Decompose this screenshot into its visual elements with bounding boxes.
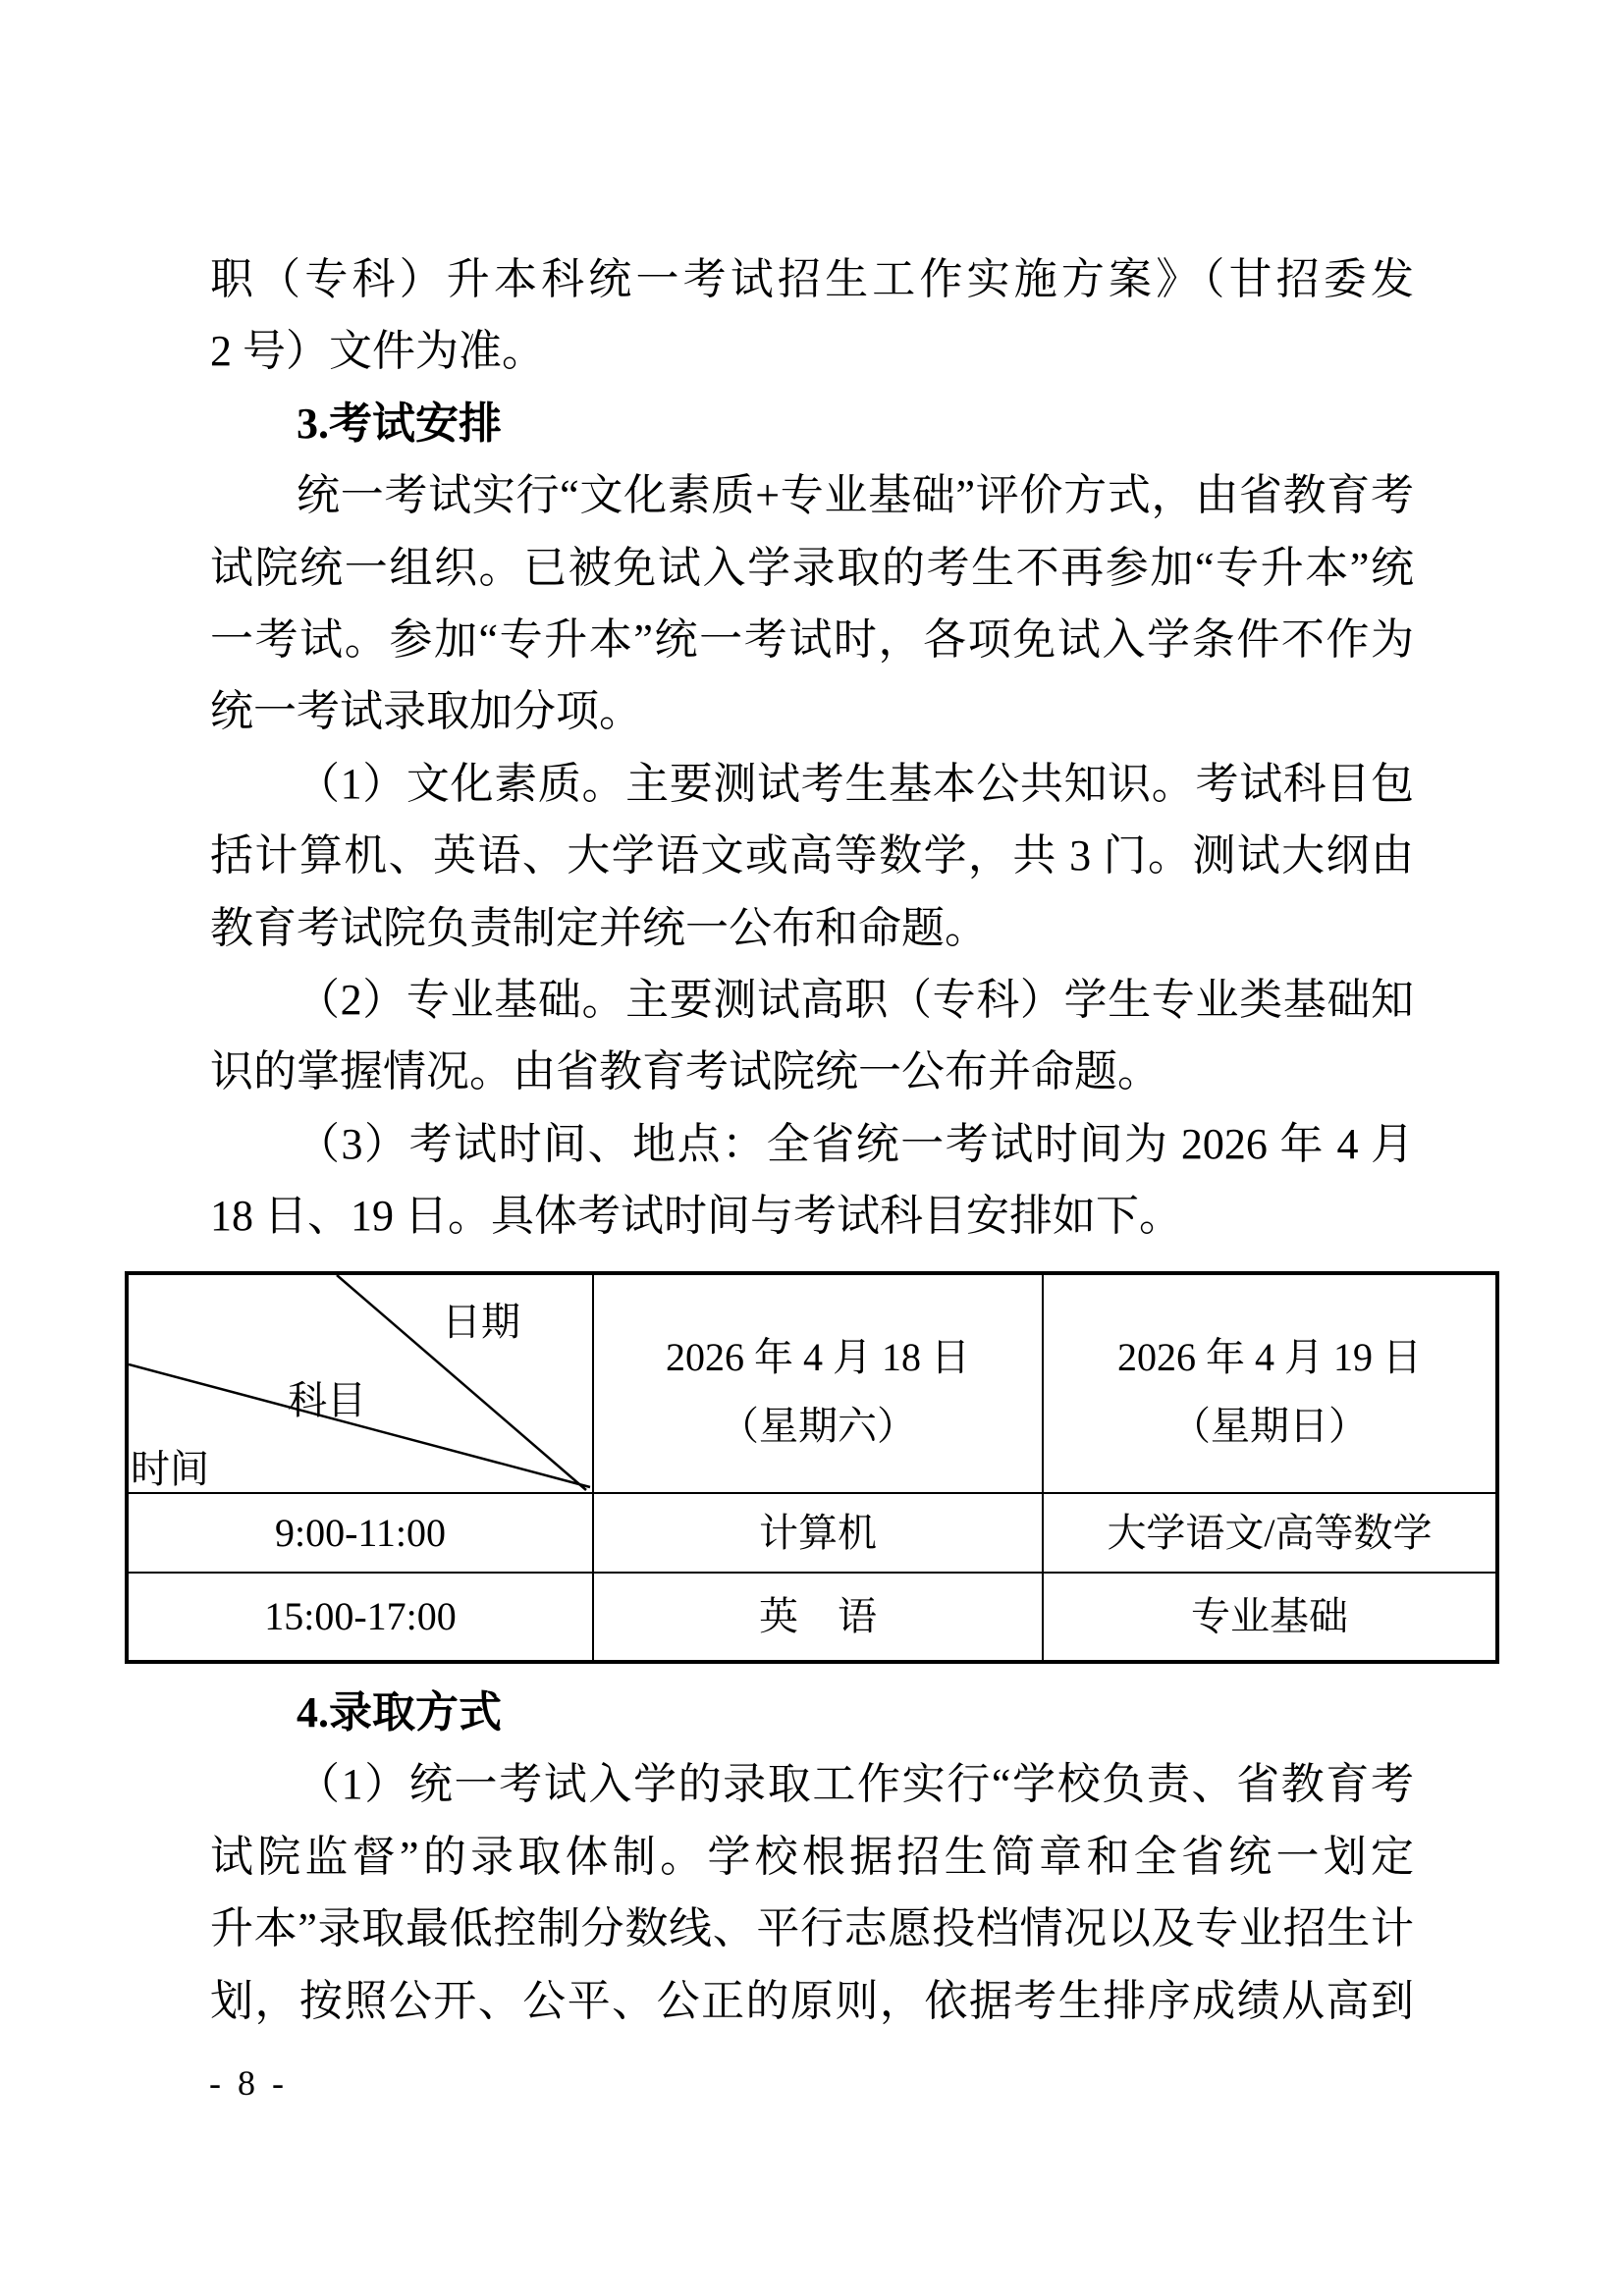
sunday-date-text: 2026 年 4 月 19 日: [1117, 1338, 1422, 1377]
doc-line-14: 18 日、19 日。具体考试时间与考试科目安排如下。: [210, 1180, 1414, 1252]
row2-time-cell: 15:00-17:00: [129, 1574, 594, 1660]
row1-sunday-cell: 大学语文/高等数学: [1044, 1494, 1495, 1574]
doc-line-9: 括计算机、英语、大学语文或高等数学，共 3 门。测试大纲由省: [210, 820, 1414, 891]
corner-date-label: 日期: [442, 1303, 520, 1342]
doc-line-10: 教育考试院负责制定并统一公布和命题。: [210, 892, 1414, 964]
doc-line-16: （1）统一考试入学的录取工作实行“学校负责、省教育考: [210, 1748, 1414, 1820]
doc-line-8: （1）文化素质。主要测试考生基本公共知识。考试科目包: [210, 748, 1414, 820]
doc-line-4: 统一考试实行“文化素质+专业基础”评价方式，由省教育考: [210, 459, 1414, 531]
header-cell-saturday: 2026 年 4 月 18 日 （星期六）: [594, 1275, 1044, 1494]
doc-line-17: 试院监督”的录取体制。学校根据招生简章和全省统一划定的“专: [210, 1821, 1414, 1893]
doc-line-13: （3）考试时间、地点：全省统一考试时间为 2026 年 4 月: [210, 1108, 1414, 1180]
corner-header-cell: 日期 科目 时间: [129, 1275, 594, 1494]
sunday-weekday-text: （星期日）: [1171, 1407, 1368, 1446]
saturday-date-text: 2026 年 4 月 18 日: [666, 1338, 970, 1377]
lower-text-block: 4.录取方式 （1）统一考试入学的录取工作实行“学校负责、省教育考 试院监督”的…: [210, 1677, 1414, 2037]
row2-sunday-cell: 专业基础: [1044, 1574, 1495, 1660]
doc-line-19: 划，按照公开、公平、公正的原则，依据考生排序成绩从高到低: [210, 1965, 1414, 2037]
corner-subject-label: 科目: [288, 1381, 366, 1420]
row2-saturday-cell: 英 语: [594, 1574, 1044, 1660]
doc-line-11: （2）专业基础。主要测试高职（专科）学生专业类基础知: [210, 964, 1414, 1036]
row1-saturday-cell: 计算机: [594, 1494, 1044, 1574]
corner-time-label: 时间: [131, 1450, 209, 1489]
page-number: - 8 -: [209, 2063, 288, 2103]
exam-schedule-table: 日期 科目 时间 2026 年 4 月 18 日 （星期六） 2026 年 4 …: [125, 1271, 1499, 1664]
doc-line-1: 职（专科）升本科统一考试招生工作实施方案》（甘招委发〔2026〕: [210, 243, 1414, 315]
document-page: 职（专科）升本科统一考试招生工作实施方案》（甘招委发〔2026〕 2 号）文件为…: [0, 0, 1624, 2296]
upper-text-block: 职（专科）升本科统一考试招生工作实施方案》（甘招委发〔2026〕 2 号）文件为…: [210, 243, 1414, 1252]
section-heading-admission-method: 4.录取方式: [210, 1677, 1414, 1748]
doc-line-2: 2 号）文件为准。: [210, 315, 1414, 387]
doc-line-6: 一考试。参加“专升本”统一考试时，各项免试入学条件不作为: [210, 604, 1414, 675]
doc-line-18: 升本”录取最低控制分数线、平行志愿投档情况以及专业招生计: [210, 1893, 1414, 1964]
doc-line-7: 统一考试录取加分项。: [210, 675, 1414, 747]
row1-time-cell: 9:00-11:00: [129, 1494, 594, 1574]
doc-line-5: 试院统一组织。已被免试入学录取的考生不再参加“专升本”统: [210, 532, 1414, 604]
doc-line-12: 识的掌握情况。由省教育考试院统一公布并命题。: [210, 1036, 1414, 1107]
header-cell-sunday: 2026 年 4 月 19 日 （星期日）: [1044, 1275, 1495, 1494]
saturday-weekday-text: （星期六）: [720, 1407, 916, 1446]
section-heading-exam-arrangement: 3.考试安排: [210, 388, 1414, 459]
